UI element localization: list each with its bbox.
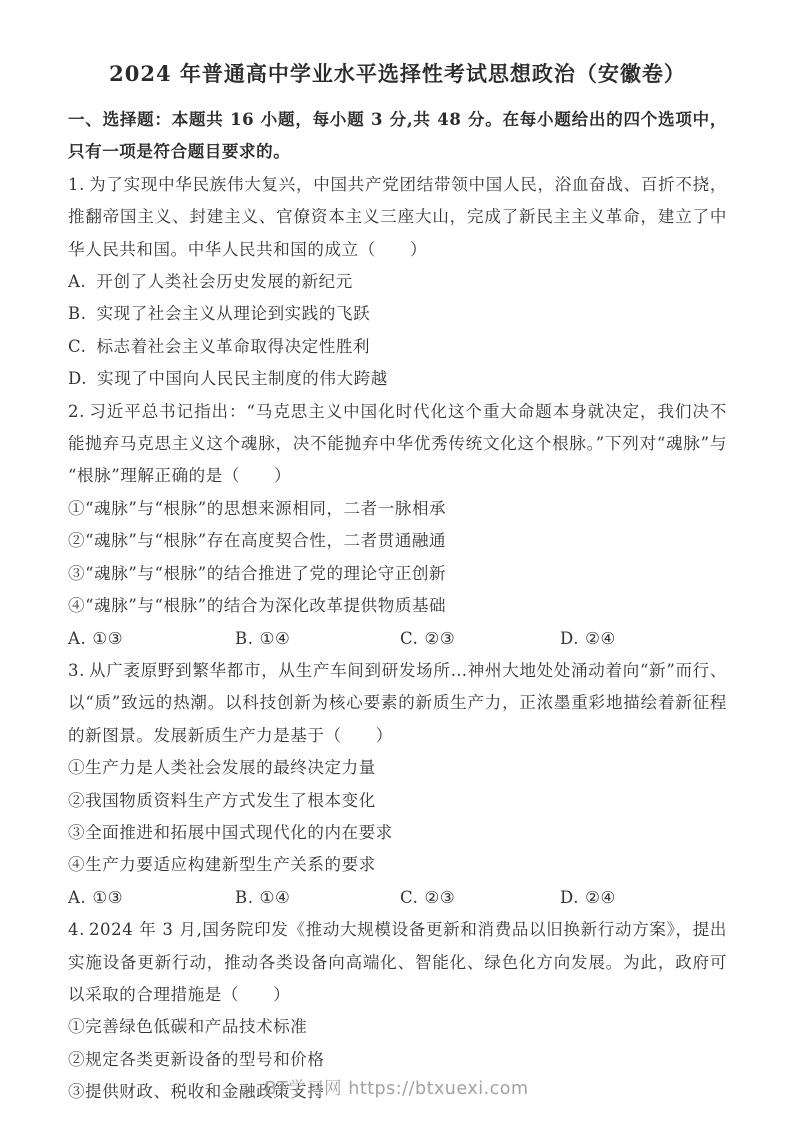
question-2-answer-row: A.①③ B.①④ C.②③ D.②④ — [68, 623, 727, 655]
question-3-statement-3: ③全面推进和拓展中国式现代化的内在要求 — [68, 817, 727, 849]
question-1-stem: 1.为了实现中华民族伟大复兴，中国共产党团结带领中国人民，浴血奋战、百折不挠，推… — [68, 169, 727, 266]
question-3-statement-4: ④生产力要适应构建新型生产关系的要求 — [68, 849, 727, 881]
question-3-answer-row: A.①③ B.①④ C.②③ D.②④ — [68, 882, 727, 914]
answer-label: C. — [400, 629, 418, 648]
answer-combo: ②③ — [424, 629, 455, 648]
question-4-statement-1: ①完善绿色低碳和产品技术标准 — [68, 1011, 727, 1043]
answer-choice-d: D.②④ — [560, 623, 727, 655]
answer-label: D. — [560, 888, 579, 907]
answer-label: B. — [235, 629, 254, 648]
answer-combo: ①④ — [260, 629, 291, 648]
answer-choice-a: A.①③ — [68, 623, 235, 655]
question-4-stem-text: 2024 年 3 月,国务院印发《推动大规模设备更新和消费品以旧换新行动方案》，… — [68, 920, 727, 1004]
question-3-number: 3. — [68, 661, 85, 680]
page-title: 2024 年普通高中学业水平选择性考试思想政治（安徽卷） — [68, 58, 727, 88]
question-3-stem: 3.从广袤原野到繁华都市，从生产车间到研发场所…神州大地处处涌动着向“新”而行、… — [68, 655, 727, 752]
answer-label: D. — [560, 629, 579, 648]
section-intro: 一、选择题：本题共 16 小题，每小题 3 分,共 48 分。在每小题给出的四个… — [68, 104, 727, 169]
option-label: A. — [68, 272, 86, 291]
answer-combo: ②③ — [424, 888, 455, 907]
answer-label: A. — [68, 888, 86, 907]
answer-choice-a: A.①③ — [68, 882, 235, 914]
watermark-link[interactable]: BT学习网 https://btxuexi.com — [264, 1079, 528, 1099]
answer-choice-b: B.①④ — [235, 623, 400, 655]
question-3-stem-text: 从广袤原野到繁华都市，从生产车间到研发场所…神州大地处处涌动着向“新”而行、以“… — [68, 661, 727, 745]
answer-choice-c: C.②③ — [400, 882, 560, 914]
option-text: 实现了社会主义从理论到实践的飞跃 — [97, 304, 371, 323]
question-3-statement-2: ②我国物质资料生产方式发生了根本变化 — [68, 785, 727, 817]
answer-label: A. — [68, 629, 86, 648]
option-label: C. — [68, 337, 86, 356]
question-1-option-c: C.标志着社会主义革命取得决定性胜利 — [68, 331, 727, 363]
question-1-number: 1. — [68, 175, 85, 194]
answer-combo: ②④ — [585, 888, 616, 907]
question-2-statement-4: ④“魂脉”与“根脉”的结合为深化改革提供物质基础 — [68, 590, 727, 622]
question-2-statement-2: ②“魂脉”与“根脉”存在高度契合性，二者贯通融通 — [68, 525, 727, 557]
answer-choice-d: D.②④ — [560, 882, 727, 914]
watermark-footer: BT学习网 https://btxuexi.com — [0, 1075, 793, 1100]
question-1-option-d: D.实现了中国向人民民主制度的伟大跨越 — [68, 363, 727, 395]
question-2-statement-1: ①“魂脉”与“根脉”的思想来源相同，二者一脉相承 — [68, 493, 727, 525]
answer-combo: ①④ — [260, 888, 291, 907]
question-3-statement-1: ①生产力是人类社会发展的最终决定力量 — [68, 752, 727, 784]
answer-label: C. — [400, 888, 418, 907]
question-1-option-a: A.开创了人类社会历史发展的新纪元 — [68, 266, 727, 298]
answer-label: B. — [235, 888, 254, 907]
question-1: 1.为了实现中华民族伟大复兴，中国共产党团结带领中国人民，浴血奋战、百折不挠，推… — [68, 169, 727, 396]
option-text: 开创了人类社会历史发展的新纪元 — [96, 272, 353, 291]
answer-combo: ①③ — [92, 629, 123, 648]
question-4-number: 4. — [68, 920, 85, 939]
question-2: 2.习近平总书记指出：“马克思主义中国化时代化这个重大命题本身就决定，我们决不能… — [68, 396, 727, 655]
answer-combo: ①③ — [92, 888, 123, 907]
option-text: 实现了中国向人民民主制度的伟大跨越 — [97, 369, 388, 388]
answer-choice-c: C.②③ — [400, 623, 560, 655]
question-2-stem: 2.习近平总书记指出：“马克思主义中国化时代化这个重大命题本身就决定，我们决不能… — [68, 396, 727, 493]
question-2-statement-3: ③“魂脉”与“根脉”的结合推进了党的理论守正创新 — [68, 558, 727, 590]
question-3: 3.从广袤原野到繁华都市，从生产车间到研发场所…神州大地处处涌动着向“新”而行、… — [68, 655, 727, 914]
question-1-stem-text: 为了实现中华民族伟大复兴，中国共产党团结带领中国人民，浴血奋战、百折不挠，推翻帝… — [68, 175, 727, 259]
option-label: B. — [68, 304, 87, 323]
option-label: D. — [68, 369, 87, 388]
question-2-number: 2. — [68, 402, 85, 421]
option-text: 标志着社会主义革命取得决定性胜利 — [96, 337, 370, 356]
answer-choice-b: B.①④ — [235, 882, 400, 914]
question-1-option-b: B.实现了社会主义从理论到实践的飞跃 — [68, 298, 727, 330]
answer-combo: ②④ — [585, 629, 616, 648]
question-4-statement-2: ②规定各类更新设备的型号和价格 — [68, 1044, 727, 1076]
exam-page: 2024 年普通高中学业水平选择性考试思想政治（安徽卷） 一、选择题：本题共 1… — [0, 0, 793, 1122]
question-2-stem-text: 习近平总书记指出：“马克思主义中国化时代化这个重大命题本身就决定，我们决不能抛弃… — [68, 402, 727, 486]
question-4-stem: 4.2024 年 3 月,国务院印发《推动大规模设备更新和消费品以旧换新行动方案… — [68, 914, 727, 1011]
